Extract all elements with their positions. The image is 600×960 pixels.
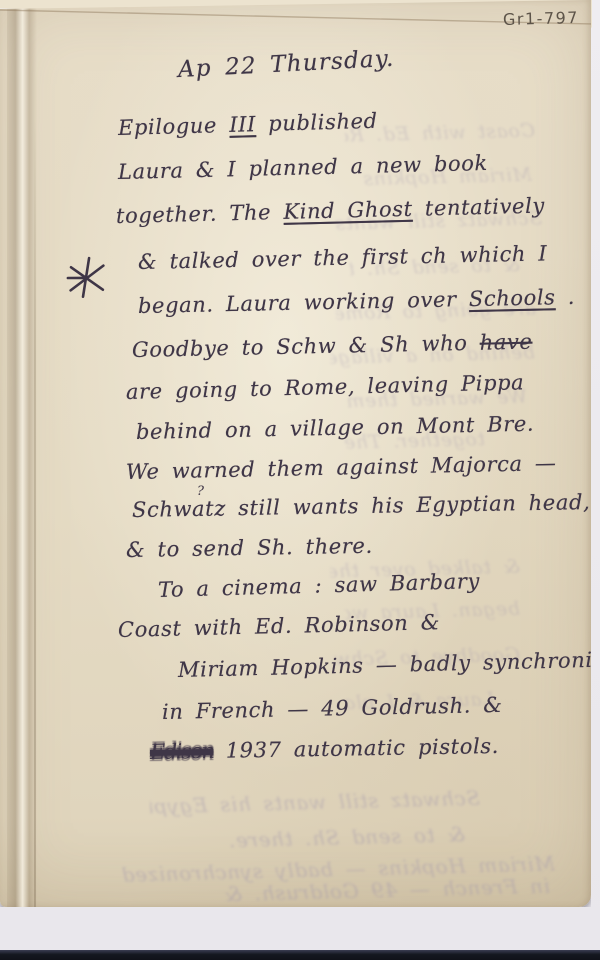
line-text: published	[256, 109, 378, 136]
manuscript-page: Coast with Ed. Robinson & Miriam Hopkins…	[0, 0, 591, 907]
line-text: are going to Rome, leaving Pippa	[126, 370, 525, 404]
line-text: in French — 49 Goldrush. &	[162, 693, 503, 724]
line-text: & talked over the first ch which I	[138, 241, 548, 274]
handwritten-line: & talked over the first ch which I	[138, 241, 548, 274]
handwritten-line: Laura & I planned a new book	[118, 151, 488, 184]
handwritten-line: began. Laura working over Schools .	[138, 285, 576, 318]
handwritten-line: together. The Kind Ghost tentatively	[116, 194, 545, 228]
line-text: Coast with Ed. Robinson &	[118, 610, 441, 642]
line-text: We warned them against Majorca —	[126, 451, 557, 484]
archive-number: Gr1-797	[503, 8, 579, 29]
handwritten-line: We warned them against Majorca —	[126, 451, 557, 484]
underlined-text: III	[229, 112, 256, 137]
ink-showthrough: Miriam Hopkins — badly synchronized	[45, 851, 555, 888]
handwritten-line: Edison 1937 automatic pistols.	[150, 734, 499, 764]
line-text: & to send Sh. there.	[126, 534, 373, 562]
handwritten-line: To a cinema : saw Barbary	[158, 569, 481, 602]
photographed-diary-page: Coast with Ed. Robinson & Miriam Hopkins…	[0, 0, 600, 960]
handwritten-line: & to send Sh. there.	[126, 534, 373, 562]
line-text: tentatively	[412, 194, 545, 221]
paper-crease	[7, 0, 37, 907]
struck-text: have	[479, 330, 532, 355]
ink-showthrough: & to send Sh. there.	[165, 822, 466, 854]
line-text: behind on a village on Mont Bre.	[136, 412, 535, 444]
underlined-text: Kind Ghost	[283, 197, 413, 224]
handwritten-line: Miriam Hopkins — badly synchronized	[178, 647, 600, 682]
underlined-text: Schools	[469, 285, 556, 311]
frame-bottom-bar	[0, 950, 600, 960]
line-text: together. The	[116, 200, 284, 228]
ink-showthrough: in French — 49 Goldrush. &	[60, 874, 550, 911]
entry-date-heading: Ap 22 Thursday.	[177, 46, 395, 83]
asterisk-icon	[64, 253, 111, 303]
line-text: Epilogue	[118, 113, 230, 140]
line-text: Miriam Hopkins — badly synchronized	[178, 647, 600, 682]
ink-showthrough: Schwatz still wants his Egyptian head,	[150, 786, 481, 819]
handwritten-line: Goodbye to Schw & Sh who have	[132, 330, 533, 362]
handwritten-line: in French — 49 Goldrush. &	[162, 693, 503, 724]
line-text: To a cinema : saw Barbary	[158, 569, 481, 602]
line-text: .	[555, 285, 575, 309]
line-text: Laura & I planned a new book	[118, 151, 488, 184]
handwritten-line: behind on a village on Mont Bre.	[136, 412, 535, 444]
paper-crease-line	[34, 120, 36, 907]
line-text: Goodbye to Schw & Sh who	[132, 331, 480, 362]
handwritten-line: Coast with Ed. Robinson &	[118, 610, 441, 642]
handwritten-line: Epilogue III published	[118, 109, 378, 140]
scribbled-out-text: Edison	[150, 739, 214, 764]
line-text: began. Laura working over	[138, 287, 469, 318]
handwritten-line: are going to Rome, leaving Pippa	[126, 370, 525, 404]
line-text: 1937 automatic pistols.	[213, 734, 499, 763]
